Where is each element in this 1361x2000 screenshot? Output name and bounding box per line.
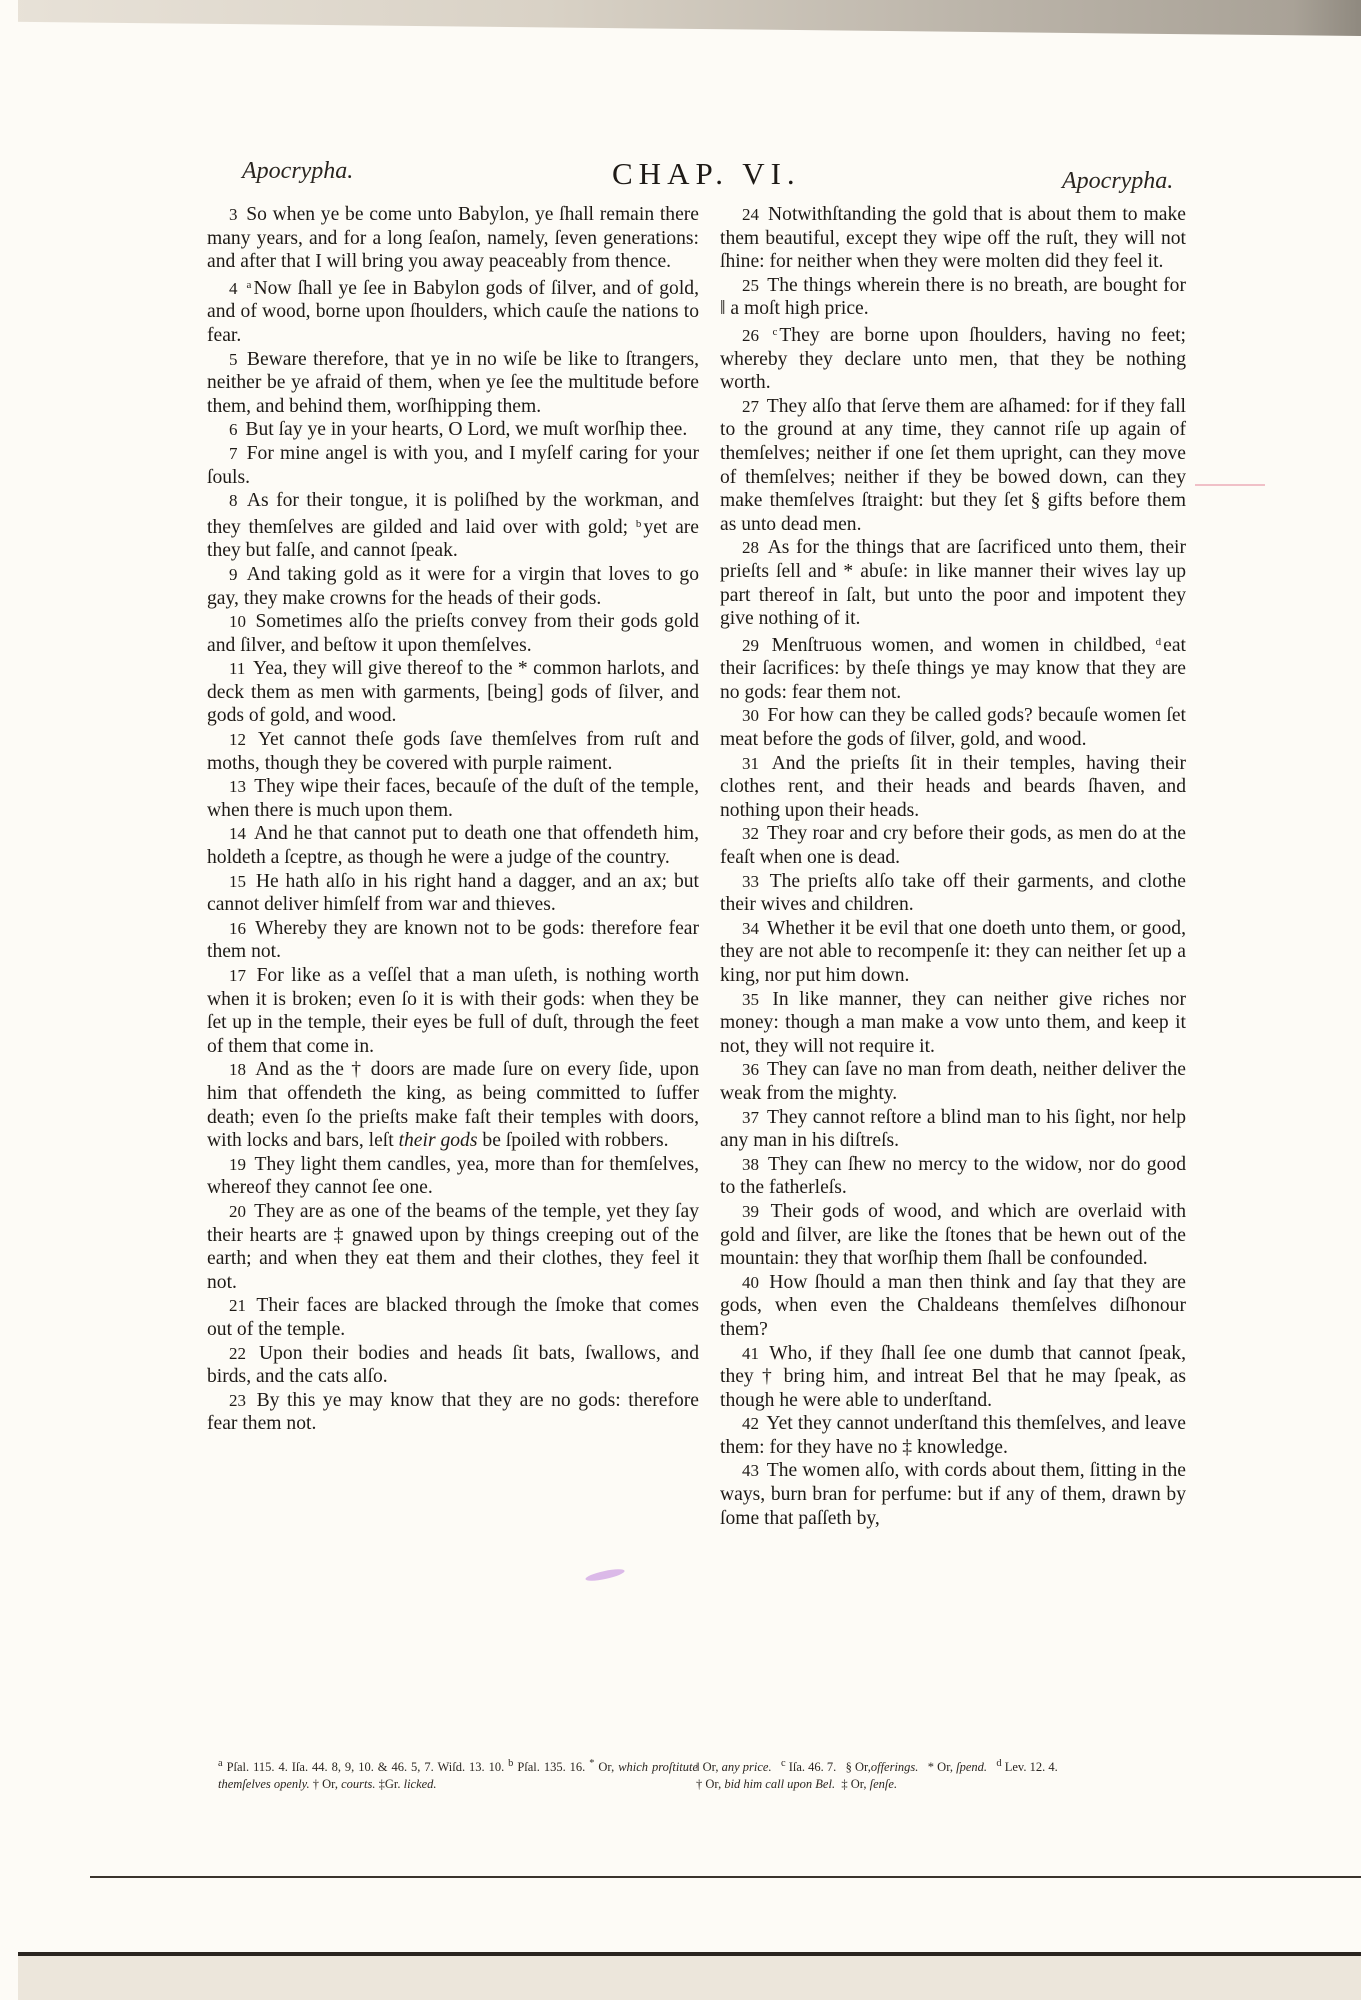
footnote-line: ‖ Or, any price. c Iſa. 46. 7. § Or,offe… [696,1755,1176,1776]
verse-18: 18 And as the † doors are made ſure on e… [207,1058,699,1152]
verse-39: 39 Their gods of wood, and which are ove… [720,1200,1186,1271]
verse-21: 21 Their faces are blacked through the ſ… [207,1294,699,1341]
footnote-marker: a [247,279,252,291]
verse-27: 27 They alſo that ſerve them are aſhamed… [720,395,1186,537]
verse-14: 14 And he that cannot put to death one t… [207,822,699,869]
scan-border-top-gap [0,0,18,36]
verse-41: 41 Who, if they ſhall ſee one dumb that … [720,1342,1186,1413]
verse-29: 29 Menſtruous women, and women in childb… [720,631,1186,705]
purple-ink-smudge [585,1567,626,1583]
footnote-line: † Or, bid him call upon Bel. ‡ Or, ſenſe… [696,1776,1176,1793]
pink-ink-stroke [1195,484,1265,486]
verse-11: 11 Yea, they will give thereof to the * … [207,657,699,728]
scan-border-top [0,0,1361,36]
verse-42: 42 Yet they cannot underſtand this themſ… [720,1412,1186,1459]
verse-8: 8 As for their tongue, it is poliſhed by… [207,489,699,563]
italic-phrase: their gods [399,1130,478,1151]
footnote-marker: c [772,326,777,338]
footnote-line: a Pſal. 115. 4. Iſa. 44. 8, 9, 10. & 46.… [218,1755,698,1793]
verse-32: 32 They roar and cry before their gods, … [720,822,1186,869]
verse-33: 33 The prieſts alſo take off their garme… [720,870,1186,917]
verse-38: 38 They can ſhew no mercy to the widow, … [720,1153,1186,1200]
verse-20: 20 They are as one of the beams of the t… [207,1200,699,1294]
running-head-left: Apocrypha. [242,158,353,185]
verse-5: 5 Beware therefore, that ye in no wiſe b… [207,348,699,419]
right-column: 24 Notwithſtanding the gold that is abou… [720,203,1186,1530]
verse-6: 6 But ſay ye in your hearts, O Lord, we … [207,418,699,442]
verse-34: 34 Whether it be evil that one doeth unt… [720,917,1186,988]
verse-26: 26 cThey are borne upon ſhoulders, havin… [720,321,1186,395]
page-bottom-rule [90,1876,1361,1878]
verse-28: 28 As for the things that are ſacrificed… [720,536,1186,630]
verse-31: 31 And the prieſts ſit in their temples,… [720,752,1186,823]
verse-17: 17 For like as a veſſel that a man uſeth… [207,964,699,1058]
verse-30: 30 For how can they be called gods? beca… [720,704,1186,751]
footnote-marker: d [1156,636,1162,648]
verse-10: 10 Sometimes alſo the prieſts convey fro… [207,610,699,657]
verse-3: 3 So when ye be come unto Babylon, ye ſh… [207,203,699,274]
verse-22: 22 Upon their bodies and heads ſit bats,… [207,1342,699,1389]
verse-9: 9 And taking gold as it were for a virgi… [207,563,699,610]
verse-40: 40 How ſhould a man then think and ſay t… [720,1271,1186,1342]
verse-15: 15 He hath alſo in his right hand a dagg… [207,870,699,917]
verse-13: 13 They wipe their faces, becauſe of the… [207,775,699,822]
verse-7: 7 For mine angel is with you, and I myſe… [207,442,699,489]
footnote-marker: b [636,518,642,530]
verse-35: 35 In like manner, they can neither give… [720,988,1186,1059]
footnotes-right: ‖ Or, any price. c Iſa. 46. 7. § Or,offe… [696,1755,1176,1793]
verse-12: 12 Yet cannot theſe gods ſave themſelves… [207,728,699,775]
page-header: Apocrypha. CHAP. VI. Apocrypha. [0,158,1361,198]
verse-37: 37 They cannot reſtore a blind man to hi… [720,1106,1186,1153]
verse-24: 24 Notwithſtanding the gold that is abou… [720,203,1186,274]
footnotes-left: a Pſal. 115. 4. Iſa. 44. 8, 9, 10. & 46.… [218,1755,698,1793]
verse-4: 4 aNow ſhall ye ſee in Babylon gods of ſ… [207,274,699,348]
verse-23: 23 By this ye may know that they are no … [207,1389,699,1436]
verse-16: 16 Whereby they are known not to be gods… [207,917,699,964]
verse-43: 43 The women alſo, with cords about them… [720,1459,1186,1530]
verse-36: 36 They can ſave no man from death, neit… [720,1058,1186,1105]
chapter-title: CHAP. VI. [612,156,801,192]
verse-25: 25 The things wherein there is no breath… [720,274,1186,321]
running-head-right: Apocrypha. [1062,168,1173,195]
verse-19: 19 They light them candles, yea, more th… [207,1153,699,1200]
scan-border-bottom [18,1952,1361,2000]
left-column: 3 So when ye be come unto Babylon, ye ſh… [207,203,699,1436]
